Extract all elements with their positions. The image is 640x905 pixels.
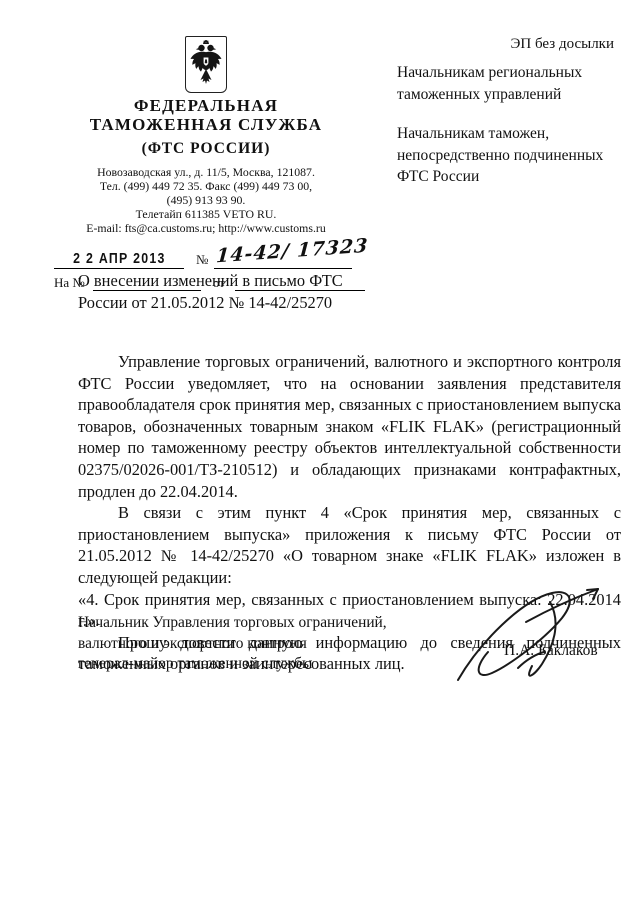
addressee-group-2: Начальникам таможен, непосредственно под… xyxy=(397,123,629,188)
addressee-line: непосредственно подчиненных xyxy=(397,145,629,167)
org-address: Новозаводская ул., д. 11/5, Москва, 1210… xyxy=(38,165,374,235)
subject-line-2: России от 21.05.2012 № 14-42/25270 xyxy=(78,292,418,314)
signer-position: Начальник Управления торговых ограничени… xyxy=(78,613,418,675)
signer-position-line: валютного и экспортного контроля xyxy=(78,634,418,655)
outgoing-number-line: 14-42/ 17323 xyxy=(214,244,352,269)
signature-area: П.А. Баклаков xyxy=(452,580,640,688)
address-line: (495) 913 93 90. xyxy=(38,193,374,207)
signer-position-line: Начальник Управления торговых ограничени… xyxy=(78,613,418,634)
signer-position-line: генерал-майор таможенной службы xyxy=(78,654,418,675)
date-number-row: 2 2 АПР 2013 № 14-42/ 17323 xyxy=(38,244,374,269)
org-short-name: (ФТС РОССИИ) xyxy=(38,140,374,158)
date-stamp-line: 2 2 АПР 2013 xyxy=(54,250,184,269)
org-name-line1: ФЕДЕРАЛЬНАЯ xyxy=(38,97,374,114)
handwritten-outgoing-number: 14-42/ 17323 xyxy=(216,235,370,268)
addressee-line: таможенных управлений xyxy=(397,84,629,106)
number-sign-label: № xyxy=(196,252,208,268)
date-stamp: 2 2 АПР 2013 xyxy=(73,251,166,268)
addressee-line: Начальникам региональных xyxy=(397,62,629,84)
emblem-box xyxy=(185,36,227,93)
handwritten-signature-icon xyxy=(452,580,640,688)
scanned-letter-page: ЭП без досылки xyxy=(0,0,640,905)
address-line: Новозаводская ул., д. 11/5, Москва, 1210… xyxy=(38,165,374,179)
body-paragraph-2: В связи с этим пункт 4 «Срок принятия ме… xyxy=(78,502,621,588)
letterhead: ФЕДЕРАЛЬНАЯ ТАМОЖЕННАЯ СЛУЖБА (ФТС РОССИ… xyxy=(38,30,374,291)
subject-line: О внесении изменений в письмо ФТС России… xyxy=(78,270,418,314)
body-paragraph-1: Управление торговых ограничений, валютно… xyxy=(78,351,621,502)
org-name-line2: ТАМОЖЕННАЯ СЛУЖБА xyxy=(38,116,374,133)
double-headed-eagle-icon xyxy=(189,39,223,91)
addressee-line: Начальникам таможен, xyxy=(397,123,629,145)
address-line: Тел. (499) 449 72 35. Факс (499) 449 73 … xyxy=(38,179,374,193)
addressees: Начальникам региональных таможенных упра… xyxy=(397,62,629,188)
address-line: Телетайп 611385 VETO RU. xyxy=(38,207,374,221)
signer-name: П.А. Баклаков xyxy=(504,642,598,660)
subject-line-1: О внесении изменений в письмо ФТС xyxy=(78,270,418,292)
addressee-group-1: Начальникам региональных таможенных упра… xyxy=(397,62,629,105)
delivery-note: ЭП без досылки xyxy=(511,36,614,53)
addressee-line: ФТС России xyxy=(397,166,629,188)
address-line: E-mail: fts@ca.customs.ru; http://www.cu… xyxy=(38,221,374,235)
